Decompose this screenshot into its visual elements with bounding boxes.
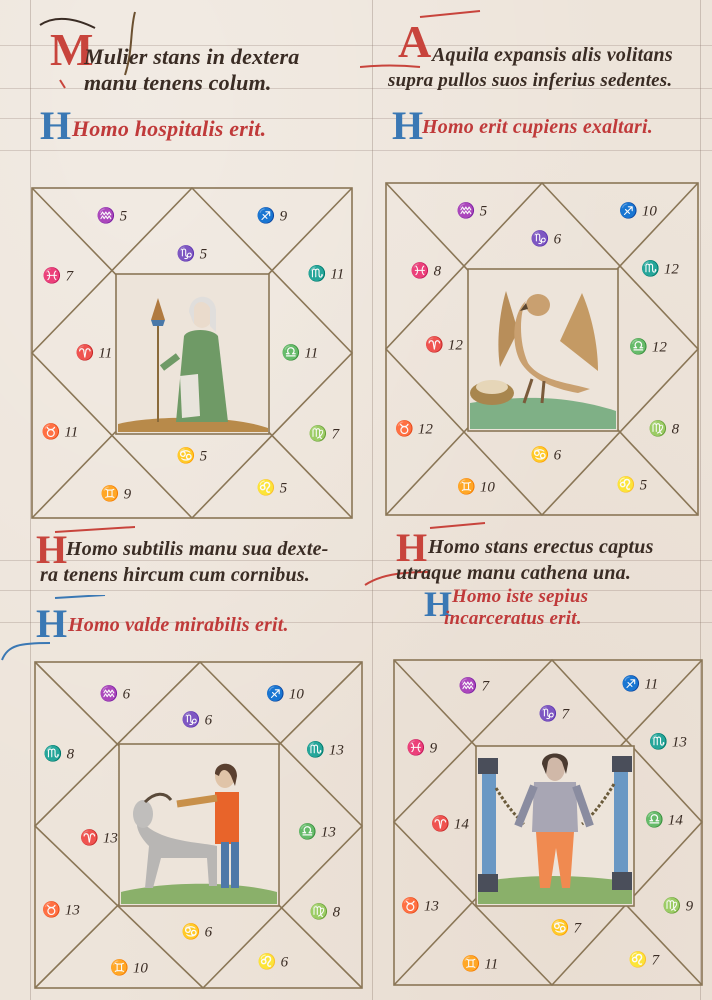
horoscope-chart-bottom-left: ♒6 ♑6 ♐10 ♏8 ♏13 ♈13 ♎13 ♉13 ♍8 ♊10 ♋6 ♌… — [35, 662, 362, 988]
miniature-chained-man-between-columns — [478, 748, 632, 904]
chart-cell-right-lower: ♍7 — [309, 425, 339, 444]
decorated-initial-h: H — [40, 106, 71, 146]
caption-line: Aquila expansis alis volitans — [432, 44, 673, 67]
chart-cell-bottom-left: ♊10 — [110, 959, 148, 978]
miniature-woman-with-distaff — [118, 276, 268, 432]
chart-cell-left-lower: ♉12 — [395, 420, 433, 439]
rubric-line: Homo iste sepius — [452, 586, 588, 608]
chart-cell-top: ♑7 — [539, 705, 569, 724]
chart-cell-right-upper: ♏13 — [649, 733, 687, 752]
chart-cell-bottom-right: ♌7 — [629, 951, 659, 970]
chart-cell-top-left: ♒7 — [459, 677, 489, 696]
chart-cell-left: ♈14 — [431, 815, 469, 834]
manuscript-page: M Mulier stans in dextera manu tenens co… — [0, 0, 712, 1000]
chart-cell-left-lower: ♉13 — [401, 897, 439, 916]
chart-cell-right: ♎12 — [629, 338, 667, 357]
chart-cell-left: ♈12 — [425, 336, 463, 355]
chart-cell-bottom: ♋5 — [177, 447, 207, 466]
chart-cell-bottom-left: ♊9 — [101, 485, 131, 504]
chart-cell-top: ♑6 — [182, 711, 212, 730]
horoscope-chart-top-left: ♒5 ♑5 ♐9 ♓7 ♏11 ♈11 ♎11 ♉11 ♍7 ♊9 ♋5 ♌5 — [32, 188, 352, 518]
chart-cell-left-upper: ♏8 — [44, 745, 74, 764]
chart-cell-bottom-right: ♌5 — [257, 479, 287, 498]
chart-cell-right: ♎14 — [645, 811, 683, 830]
caption-line: Homo subtilis manu sua dexte- — [66, 538, 329, 561]
chart-cell-bottom-right: ♌6 — [258, 953, 288, 972]
horoscope-chart-bottom-right: ♒7 ♑7 ♐11 ♓9 ♏13 ♈14 ♎14 ♉13 ♍9 ♊11 ♋7 ♌… — [394, 660, 702, 985]
chart-cell-top-left: ♒6 — [100, 685, 130, 704]
chart-cell-right-upper: ♏13 — [306, 741, 344, 760]
chart-cell-right-lower: ♍8 — [310, 903, 340, 922]
chart-cell-left: ♈11 — [76, 344, 113, 363]
chart-cell-bottom: ♋6 — [182, 923, 212, 942]
rubric-line: incarceratus erit. — [444, 608, 582, 630]
chart-cell-right-upper: ♏11 — [308, 265, 345, 284]
rubric-line: Homo erit cupiens exaltari. — [422, 116, 653, 139]
chart-cell-right: ♎11 — [282, 344, 319, 363]
chart-cell-bottom: ♋7 — [551, 919, 581, 938]
chart-cell-top: ♑6 — [531, 230, 561, 249]
horoscope-chart-top-right: ♒5 ♑6 ♐10 ♓8 ♏12 ♈12 ♎12 ♉12 ♍8 ♊10 ♋6 ♌… — [386, 183, 698, 515]
decorated-initial-a: A — [398, 22, 431, 62]
text-ruling — [0, 590, 712, 591]
caption-line: Homo stans erectus captus — [428, 536, 654, 559]
chart-cell-top-right: ♐10 — [619, 202, 657, 221]
caption-line: supra pullos suos inferius sedentes. — [388, 70, 672, 92]
chart-cell-top-right: ♐10 — [266, 685, 304, 704]
chart-cell-left-lower: ♉11 — [42, 423, 79, 442]
chart-cell-left: ♈13 — [80, 829, 118, 848]
chart-cell-right-lower: ♍9 — [663, 897, 693, 916]
caption-line: Mulier stans in dextera — [84, 44, 299, 70]
miniature-eagle-over-nest — [470, 271, 616, 429]
chart-cell-bottom-left: ♊10 — [457, 478, 495, 497]
caption-line: ra tenens hircum cum cornibus. — [40, 564, 310, 587]
chart-cell-top-right: ♐11 — [622, 675, 659, 694]
chart-cell-top-right: ♐9 — [257, 207, 287, 226]
chart-cell-right-upper: ♏12 — [641, 260, 679, 279]
miniature-man-holding-goat — [121, 746, 277, 904]
chart-cell-top-left: ♒5 — [97, 207, 127, 226]
rubric-line: Homo hospitalis erit. — [72, 116, 266, 142]
chart-cell-left-lower: ♉13 — [42, 901, 80, 920]
caption-line: manu tenens colum. — [84, 70, 272, 96]
decorated-initial-h: H — [36, 604, 67, 644]
chart-cell-left-upper: ♓8 — [411, 262, 441, 281]
chart-cell-bottom: ♋6 — [531, 446, 561, 465]
decorated-initial-h: H — [392, 106, 423, 146]
chart-cell-right-lower: ♍8 — [649, 420, 679, 439]
chart-cell-left-upper: ♓7 — [43, 267, 73, 286]
chart-cell-top: ♑5 — [177, 245, 207, 264]
chart-cell-bottom-right: ♌5 — [617, 476, 647, 495]
text-ruling — [0, 150, 712, 151]
chart-cell-top-left: ♒5 — [457, 202, 487, 221]
chart-cell-bottom-left: ♊11 — [462, 955, 499, 974]
chart-cell-left-upper: ♓9 — [407, 739, 437, 758]
caption-line: utraque manu cathena una. — [396, 562, 631, 585]
chart-cell-right: ♎13 — [298, 823, 336, 842]
rubric-line: Homo valde mirabilis erit. — [68, 614, 289, 637]
